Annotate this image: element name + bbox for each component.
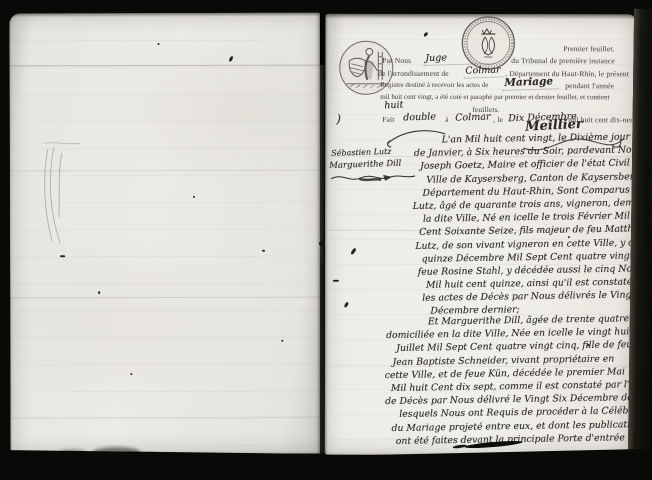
ink-speck bbox=[228, 55, 233, 62]
printed-fait: Fait bbox=[382, 115, 394, 124]
paper-crease bbox=[10, 417, 322, 419]
printed-le: , le bbox=[493, 115, 503, 124]
paper-crease bbox=[10, 297, 322, 299]
ink-speck bbox=[350, 248, 356, 255]
ink-speck bbox=[98, 291, 100, 294]
printed-pendant-annee: pendant l'année bbox=[565, 81, 614, 90]
stray-paren-mark: ) bbox=[336, 112, 341, 126]
ink-speck bbox=[423, 32, 429, 38]
premier-feuillet-label: Premier feuillet. bbox=[563, 44, 614, 53]
hw-double: double bbox=[403, 111, 436, 123]
pencil-scribble bbox=[36, 141, 86, 251]
printed-tribunal: du Tribunal de première instance bbox=[511, 56, 615, 65]
hw-arrondissement: Colmar bbox=[463, 64, 503, 78]
ink-speck bbox=[333, 280, 339, 282]
binding-gutter-shadow bbox=[320, 13, 324, 456]
printed-cote-paraphe: mil huit cent vingt, a été coté et parap… bbox=[380, 93, 609, 101]
act-paragraph-1: L'an Mil huit cent vingt, le Dixième jou… bbox=[412, 130, 638, 318]
paper-crease bbox=[10, 65, 322, 67]
hw-place: Colmar bbox=[455, 111, 491, 123]
ink-speck bbox=[281, 340, 283, 342]
ink-speck bbox=[158, 43, 160, 45]
hw-acte-type: Mariage bbox=[502, 75, 558, 91]
left-page bbox=[9, 13, 322, 455]
hw-judge-name: Juge bbox=[423, 51, 493, 66]
ink-speck bbox=[344, 301, 350, 308]
right-page: Premier feuillet. Par Nous Juge du Tribu… bbox=[325, 14, 638, 456]
scan-edge-mask bbox=[0, 450, 324, 480]
ink-speck bbox=[60, 255, 65, 257]
act-paragraph-2: Et Marguerithe Dill, âgée de trente quat… bbox=[384, 312, 638, 448]
ink-speck bbox=[130, 373, 132, 375]
binding-knot bbox=[319, 241, 325, 246]
printed-registre: Registre destiné à recevoir les actes de bbox=[380, 81, 488, 89]
printed-a: à bbox=[445, 115, 449, 124]
printed-arrondissement: de l'arrondissement de bbox=[378, 69, 448, 78]
hw-feuillet-count: huit bbox=[384, 99, 404, 111]
scan-background: Premier feuillet. Par Nous Juge du Tribu… bbox=[0, 0, 652, 480]
ink-blot bbox=[452, 444, 466, 449]
printed-par-nous: Par Nous bbox=[382, 56, 411, 65]
ink-speck bbox=[262, 250, 265, 252]
ink-speck bbox=[193, 196, 195, 198]
